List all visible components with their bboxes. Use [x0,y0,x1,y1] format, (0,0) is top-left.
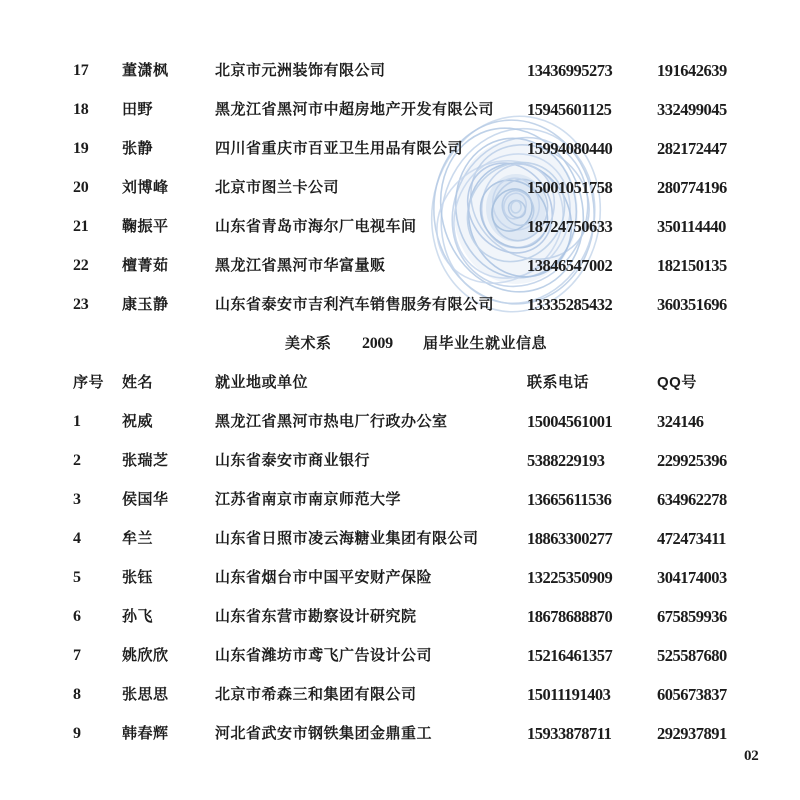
table-row: 21 鞠振平 山东省青岛市海尔厂电视车间 18724750633 3501144… [0,217,800,237]
unit-cell: 河北省武安市钢铁集团金鼎重工 [215,724,432,744]
unit-cell: 北京市希森三和集团有限公司 [215,685,417,705]
seq-cell: 8 [73,685,81,705]
table-header-row: 序号 姓名 就业地或单位 联系电话 QQ号 [0,373,800,393]
seq-cell: 17 [73,61,88,81]
qq-cell: 280774196 [657,178,727,198]
phone-cell: 5388229193 [527,451,605,471]
phone-cell: 15001051758 [527,178,612,198]
unit-cell: 山东省泰安市商业银行 [215,451,370,471]
phone-cell: 13665611536 [527,490,611,510]
name-cell: 姚欣欣 [122,646,169,666]
qq-cell: 360351696 [657,295,727,315]
qq-cell: 472473411 [657,529,726,549]
seq-cell: 19 [73,139,88,159]
table-row: 7 姚欣欣 山东省潍坊市鸢飞广告设计公司 15216461357 5255876… [0,646,800,666]
table-row: 2 张瑞芝 山东省泰安市商业银行 5388229193 229925396 [0,451,800,471]
table-row: 6 孙飞 山东省东营市勘察设计研究院 18678688870 675859936 [0,607,800,627]
table-row: 8 张思思 北京市希森三和集团有限公司 15011191403 60567383… [0,685,800,705]
unit-cell: 山东省青岛市海尔厂电视车间 [215,217,417,237]
qq-cell: 282172447 [657,139,727,159]
year-label: 2009 [362,334,393,354]
seq-cell: 6 [73,607,81,627]
table-row: 5 张钰 山东省烟台市中国平安财产保险 13225350909 30417400… [0,568,800,588]
phone-cell: 13846547002 [527,256,612,276]
phone-cell: 15994080440 [527,139,612,159]
name-cell: 孙飞 [122,607,153,627]
name-cell: 鞠振平 [122,217,169,237]
seq-cell: 7 [73,646,81,666]
name-cell: 张瑞芝 [122,451,169,471]
qq-cell: 229925396 [657,451,727,471]
section-title: 美术系 2009 届毕业生就业信息 [0,334,800,354]
header-name: 姓名 [122,373,153,393]
unit-cell: 山东省东营市勘察设计研究院 [215,607,417,627]
seq-cell: 21 [73,217,88,237]
name-cell: 田野 [122,100,153,120]
unit-cell: 江苏省南京市南京师范大学 [215,490,401,510]
unit-cell: 山东省泰安市吉利汽车销售服务有限公司 [215,295,494,315]
table-row: 4 牟兰 山东省日照市凌云海糖业集团有限公司 18863300277 47247… [0,529,800,549]
name-cell: 康玉静 [122,295,169,315]
unit-cell: 山东省潍坊市鸢飞广告设计公司 [215,646,432,666]
name-cell: 张钰 [122,568,153,588]
name-cell: 张静 [122,139,153,159]
phone-cell: 18724750633 [527,217,612,237]
department-label: 美术系 [285,334,332,354]
phone-cell: 18678688870 [527,607,612,627]
header-qq: QQ号 [657,373,697,393]
table-row: 1 祝威 黑龙江省黑河市热电厂行政办公室 15004561001 324146 [0,412,800,432]
table-row: 19 张静 四川省重庆市百亚卫生用品有限公司 15994080440 28217… [0,139,800,159]
qq-cell: 634962278 [657,490,727,510]
header-seq: 序号 [73,373,104,393]
page-number: 02 [744,748,758,765]
unit-cell: 北京市图兰卡公司 [215,178,339,198]
seq-cell: 18 [73,100,88,120]
table-row: 17 董潇枫 北京市元洲装饰有限公司 13436995273 191642639 [0,61,800,81]
qq-cell: 182150135 [657,256,727,276]
name-cell: 董潇枫 [122,61,169,81]
qq-cell: 292937891 [657,724,727,744]
document-page: 17 董潇枫 北京市元洲装饰有限公司 13436995273 191642639… [0,0,800,800]
seq-cell: 1 [73,412,81,432]
table-row: 9 韩春辉 河北省武安市钢铁集团金鼎重工 15933878711 2929378… [0,724,800,744]
qq-cell: 605673837 [657,685,727,705]
seq-cell: 9 [73,724,81,744]
table-row: 23 康玉静 山东省泰安市吉利汽车销售服务有限公司 13335285432 36… [0,295,800,315]
phone-cell: 15011191403 [527,685,610,705]
header-phone: 联系电话 [527,373,589,393]
unit-cell: 黑龙江省黑河市中超房地产开发有限公司 [215,100,494,120]
qq-cell: 304174003 [657,568,727,588]
unit-cell: 黑龙江省黑河市华富量贩 [215,256,386,276]
seq-cell: 4 [73,529,81,549]
seq-cell: 23 [73,295,88,315]
qq-cell: 191642639 [657,61,727,81]
unit-cell: 四川省重庆市百亚卫生用品有限公司 [215,139,463,159]
qq-cell: 332499045 [657,100,727,120]
name-cell: 祝威 [122,412,153,432]
unit-cell: 北京市元洲装饰有限公司 [215,61,386,81]
unit-cell: 黑龙江省黑河市热电厂行政办公室 [215,412,448,432]
seq-cell: 2 [73,451,81,471]
unit-cell: 山东省日照市凌云海糖业集团有限公司 [215,529,479,549]
table-row: 18 田野 黑龙江省黑河市中超房地产开发有限公司 15945601125 332… [0,100,800,120]
name-cell: 牟兰 [122,529,153,549]
qq-cell: 675859936 [657,607,727,627]
name-cell: 韩春辉 [122,724,169,744]
table-row: 20 刘博峰 北京市图兰卡公司 15001051758 280774196 [0,178,800,198]
name-cell: 刘博峰 [122,178,169,198]
name-cell: 侯国华 [122,490,169,510]
phone-cell: 13436995273 [527,61,612,81]
phone-cell: 13225350909 [527,568,612,588]
qq-cell: 324146 [657,412,704,432]
phone-cell: 18863300277 [527,529,612,549]
seq-cell: 5 [73,568,81,588]
phone-cell: 13335285432 [527,295,612,315]
phone-cell: 15216461357 [527,646,612,666]
name-cell: 檀菁茹 [122,256,169,276]
phone-cell: 15933878711 [527,724,611,744]
phone-cell: 15004561001 [527,412,612,432]
unit-cell: 山东省烟台市中国平安财产保险 [215,568,432,588]
name-cell: 张思思 [122,685,169,705]
page-content: 17 董潇枫 北京市元洲装饰有限公司 13436995273 191642639… [0,0,800,800]
seq-cell: 20 [73,178,88,198]
table-row: 3 侯国华 江苏省南京市南京师范大学 13665611536 634962278 [0,490,800,510]
title-suffix: 届毕业生就业信息 [423,334,547,354]
qq-cell: 525587680 [657,646,727,666]
seq-cell: 22 [73,256,88,276]
qq-cell: 350114440 [657,217,726,237]
header-unit: 就业地或单位 [215,373,308,393]
phone-cell: 15945601125 [527,100,611,120]
seq-cell: 3 [73,490,81,510]
table-row: 22 檀菁茹 黑龙江省黑河市华富量贩 13846547002 182150135 [0,256,800,276]
